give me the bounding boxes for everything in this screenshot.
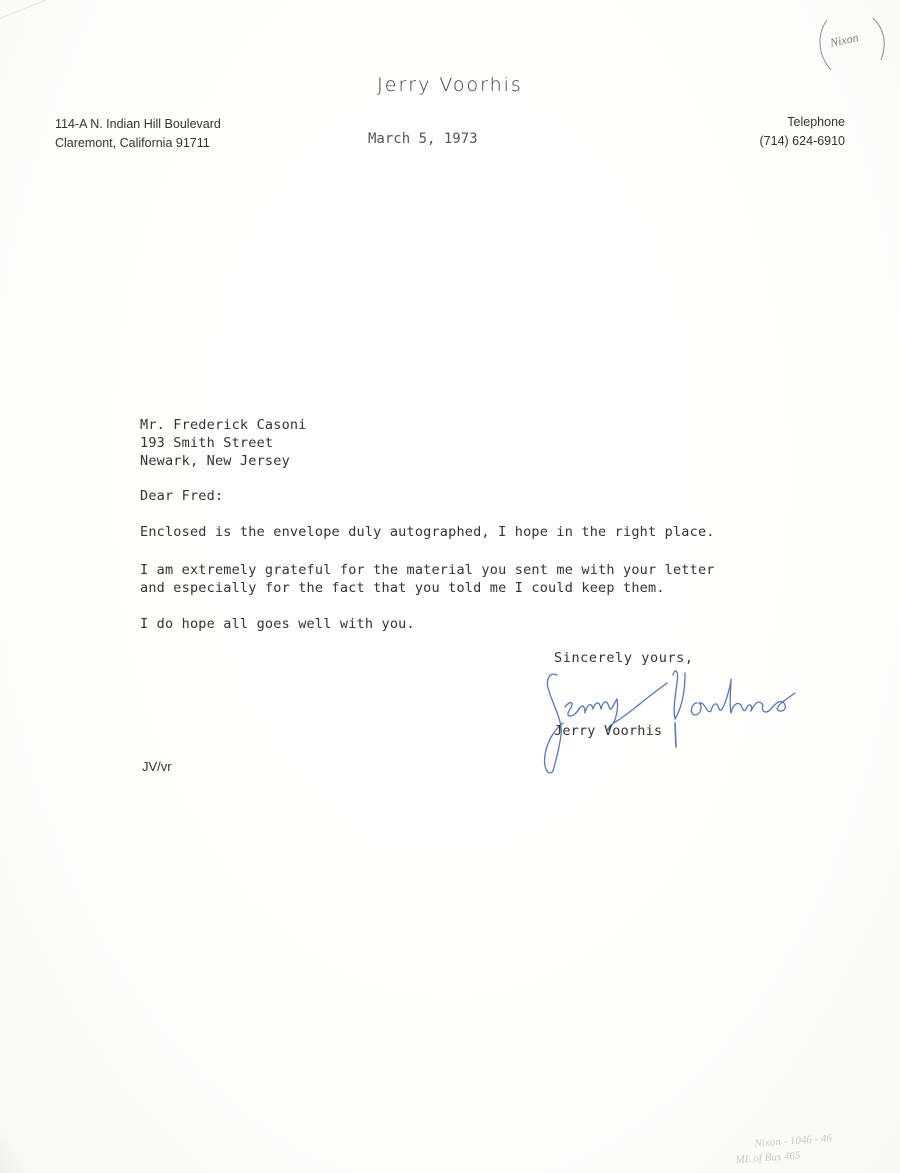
address-line-2: Claremont, California 91711 <box>55 134 221 153</box>
phone-number: (714) 624-6910 <box>760 132 845 151</box>
body-paragraph-2-line-2: and especially for the fact that you tol… <box>140 579 715 597</box>
handwritten-signature <box>535 663 825 778</box>
corner-fold-bottom-left <box>0 1140 38 1173</box>
phone-label: Telephone <box>760 113 845 132</box>
body-paragraph-1: Enclosed is the envelope duly autographe… <box>140 524 715 540</box>
archive-pencil-note: Nixon - 1046 - 46 ML of Bus 465 <box>754 1131 834 1166</box>
signer-name: Jerry Voorhis <box>554 723 662 739</box>
typist-initials: JV/vr <box>142 759 172 774</box>
salutation: Dear Fred: <box>140 488 223 504</box>
address-line-1: 114-A N. Indian Hill Boulevard <box>55 115 221 134</box>
recipient-street: 193 Smith Street <box>140 434 307 452</box>
recipient-city: Newark, New Jersey <box>140 452 307 470</box>
body-paragraph-2-line-1: I am extremely grateful for the material… <box>140 561 715 579</box>
sender-address: 114-A N. Indian Hill Boulevard Claremont… <box>55 115 221 153</box>
sender-phone: Telephone (714) 624-6910 <box>760 113 845 151</box>
letter-date: March 5, 1973 <box>368 131 478 147</box>
body-paragraph-3: I do hope all goes well with you. <box>140 616 415 632</box>
letterhead-name: Jerry Voorhis <box>0 74 900 96</box>
recipient-address: Mr. Frederick Casoni 193 Smith Street Ne… <box>140 416 307 470</box>
letter-page: Nixon Jerry Voorhis 114-A N. Indian Hill… <box>0 0 900 1173</box>
recipient-name: Mr. Frederick Casoni <box>140 416 307 434</box>
corner-fold-top-left <box>0 0 65 19</box>
archive-note-line-2: ML of Bus 465 <box>735 1146 833 1168</box>
body-paragraph-2: I am extremely grateful for the material… <box>140 561 715 597</box>
